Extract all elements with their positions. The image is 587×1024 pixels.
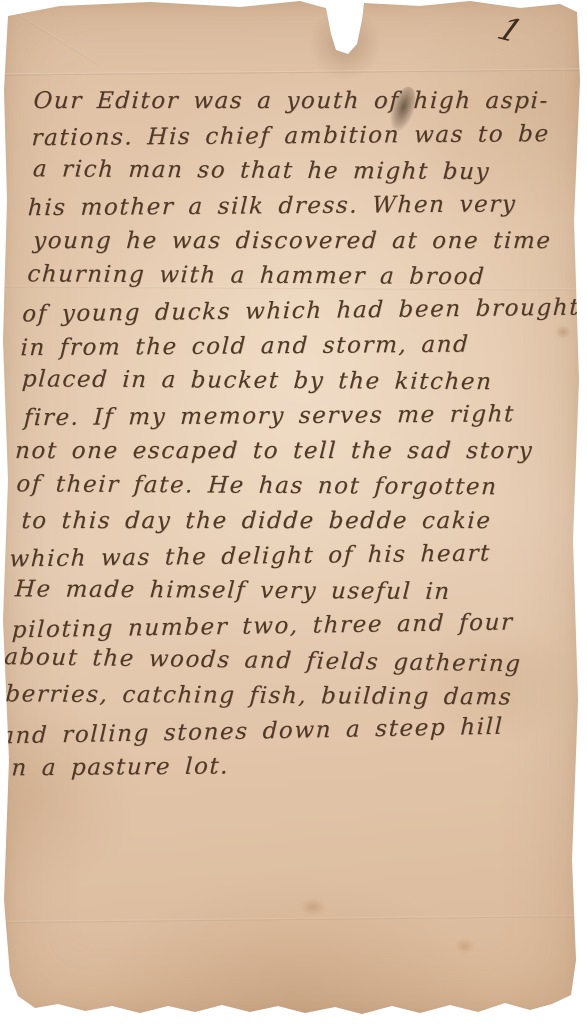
handwritten-line: Our Editor was a youth of high aspi- [33, 84, 587, 119]
handwritten-line: fire. If my memory serves me right [23, 397, 578, 436]
scanned-letter: 1 Our Editor was a youth of high aspi- r… [0, 0, 587, 1024]
handwritten-line: about the woods and fields gathering [3, 640, 565, 683]
page-number: 1 [493, 13, 527, 47]
fold-crease [0, 0, 101, 66]
fold-crease [0, 915, 582, 923]
handwritten-line: of their fate. He has not forgotten [15, 467, 574, 505]
handwritten-line: churning with a hammer a brood [26, 257, 585, 295]
handwritten-line: a rich man so that he might buy [32, 152, 587, 190]
letter-body: Our Editor was a youth of high aspi- rat… [0, 84, 587, 784]
handwritten-line: in a pasture lot. [2, 747, 560, 787]
paper-stain [300, 898, 326, 916]
handwritten-line: not one escaped to tell the sad story [14, 434, 576, 469]
handwritten-line: placed in a bucket by the kitchen [21, 362, 580, 400]
handwritten-line: to this day the didde bedde cakie [20, 504, 572, 539]
letter-paper: 1 Our Editor was a youth of high aspi- r… [0, 0, 582, 1018]
handwritten-line: his mother a silk dress. When very [27, 187, 587, 226]
handwritten-line: young he was discovered at one time [32, 224, 587, 259]
handwritten-line: rations. His chief ambition was to be [31, 117, 587, 156]
paper-stain [455, 938, 475, 954]
fold-crease [0, 68, 582, 75]
handwritten-line: of young ducks which had been brought [22, 291, 584, 333]
handwritten-line: which was the delight of his heart [9, 536, 571, 578]
handwritten-line: in from the cold and storm, and [20, 327, 582, 366]
